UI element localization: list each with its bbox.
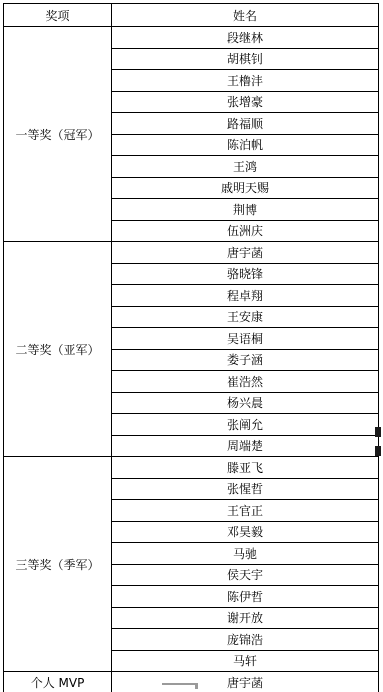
name-cell: 程卓翔 xyxy=(112,285,379,307)
table-header: 奖项 姓名 xyxy=(4,4,379,27)
name-cell: 杨兴晨 xyxy=(112,392,379,414)
name-cell: 马轩 xyxy=(112,650,379,672)
name-cell: 戚明天赐 xyxy=(112,177,379,199)
name-cell: 唐宇菡 xyxy=(112,242,379,264)
award-group-cell: 三等奖（季军） xyxy=(4,457,112,672)
name-cell: 马驰 xyxy=(112,543,379,565)
name-column-header: 姓名 xyxy=(112,4,379,27)
award-column-header: 奖项 xyxy=(4,4,112,27)
name-cell: 张阐允 xyxy=(112,414,379,436)
name-cell: 吴语桐 xyxy=(112,328,379,350)
name-cell: 唐宇菡 xyxy=(112,672,379,692)
name-cell: 滕亚飞 xyxy=(112,457,379,479)
table-row: 三等奖（季军）滕亚飞 xyxy=(4,457,379,479)
name-cell: 路福顺 xyxy=(112,113,379,135)
award-group-cell: 个人 MVP xyxy=(4,672,112,692)
name-cell: 谢开放 xyxy=(112,607,379,629)
name-cell: 崔浩然 xyxy=(112,371,379,393)
name-cell: 陈泊帆 xyxy=(112,134,379,156)
table-row: 一等奖（冠军）段继林 xyxy=(4,27,379,49)
name-cell: 胡棋钊 xyxy=(112,48,379,70)
right-edge-artifact-top xyxy=(375,427,381,437)
bottom-cursor-artifact xyxy=(162,683,198,689)
name-cell: 王安康 xyxy=(112,306,379,328)
name-cell: 周端楚 xyxy=(112,435,379,457)
name-cell: 段继林 xyxy=(112,27,379,49)
name-cell: 王鸿 xyxy=(112,156,379,178)
header-row: 奖项 姓名 xyxy=(4,4,379,27)
name-cell: 娄子涵 xyxy=(112,349,379,371)
name-cell: 侯天宇 xyxy=(112,564,379,586)
name-cell: 荆博 xyxy=(112,199,379,221)
table-row: 二等奖（亚军）唐宇菡 xyxy=(4,242,379,264)
award-group-cell: 一等奖（冠军） xyxy=(4,27,112,242)
awards-table: 奖项 姓名 一等奖（冠军）段继林胡棋钊王橹沣张增豪路福顺陈泊帆王鸿戚明天赐荆博伍… xyxy=(3,3,379,692)
name-cell: 王橹沣 xyxy=(112,70,379,92)
right-edge-artifact-bottom xyxy=(375,446,381,456)
name-cell: 王官正 xyxy=(112,500,379,522)
name-cell: 张惺哲 xyxy=(112,478,379,500)
name-cell: 庞锦浩 xyxy=(112,629,379,651)
award-group-cell: 二等奖（亚军） xyxy=(4,242,112,457)
name-cell: 张增豪 xyxy=(112,91,379,113)
table-body: 一等奖（冠军）段继林胡棋钊王橹沣张增豪路福顺陈泊帆王鸿戚明天赐荆博伍洲庆二等奖（… xyxy=(4,27,379,692)
name-cell: 伍洲庆 xyxy=(112,220,379,242)
name-cell: 陈伊哲 xyxy=(112,586,379,608)
name-cell: 邓昊毅 xyxy=(112,521,379,543)
name-cell: 骆晓锋 xyxy=(112,263,379,285)
